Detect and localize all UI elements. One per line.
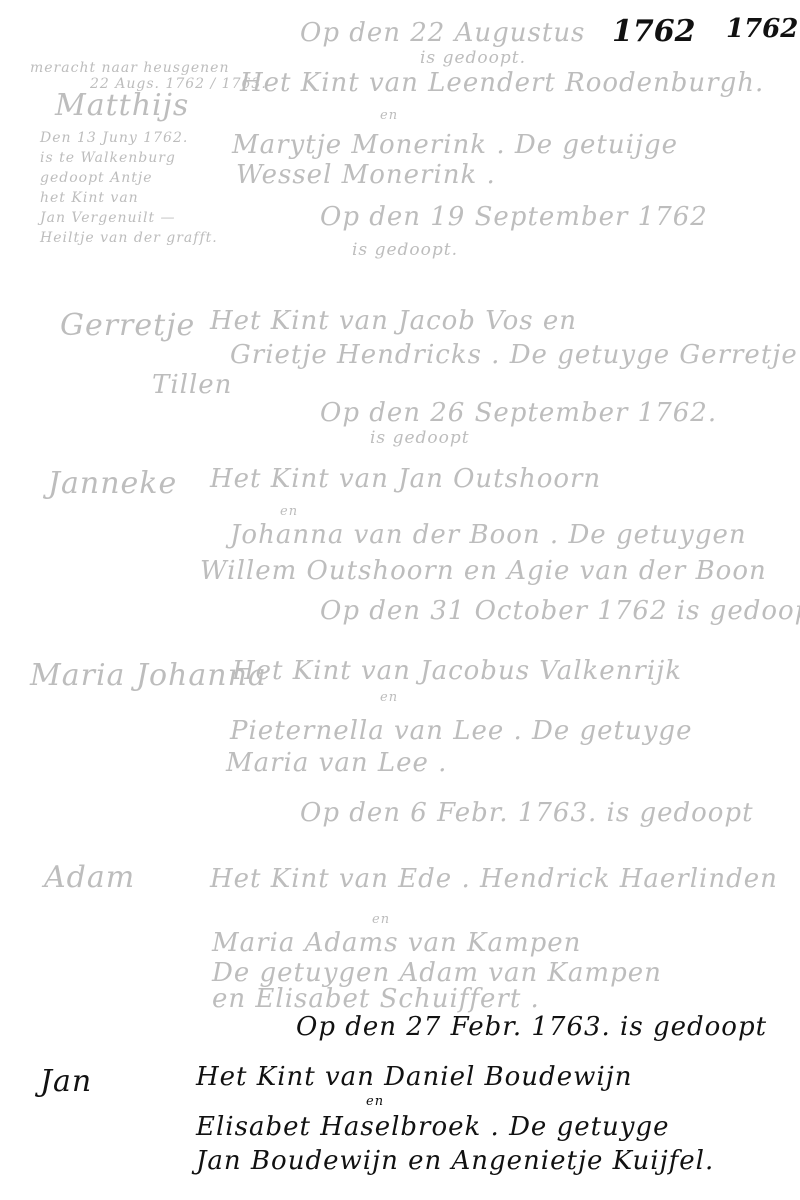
corner-year-left: 1762 xyxy=(612,14,696,49)
entry2-line-1: Het Kint van Jacob Vos en xyxy=(210,306,577,336)
entry6-date-line: Op den 27 Febr. 1763. is gedoopt xyxy=(296,1012,767,1042)
entry6-line-1: Het Kint van Daniel Boudewijn xyxy=(196,1062,632,1092)
side-note-line-3: gedoopt Antje xyxy=(40,170,152,186)
entry2-date-line: Op den 19 September 1762 xyxy=(320,202,708,232)
side-note-line-5: Jan Vergenuilt — xyxy=(40,210,176,226)
entry5-margin-name: Adam xyxy=(44,860,135,895)
entry1-line-en: en xyxy=(380,108,398,123)
side-note-line-4: het Kint van xyxy=(40,190,139,206)
entry5-date-line: Op den 6 Febr. 1763. is gedoopt xyxy=(300,798,754,828)
entry3-line-4: Willem Outshoorn en Agie van der Boon xyxy=(200,556,767,586)
entry1-line-1: Het Kint van Leendert Roodenburgh. xyxy=(240,68,764,98)
entry1-baptized: is gedoopt. xyxy=(420,48,526,68)
entry4-date-line: Op den 31 October 1762 is gedoopt xyxy=(320,596,800,626)
entry3-margin-name: Janneke xyxy=(48,466,177,501)
entry2-margin-name: Gerretje xyxy=(60,308,195,343)
entry3-line-3: Johanna van der Boon . De getuygen xyxy=(230,520,747,550)
entry4-line-en: en xyxy=(380,690,398,705)
side-note-line-6: Heiltje van der grafft. xyxy=(40,230,218,246)
entry1-margin-note: meracht naar heusgenen xyxy=(30,60,229,76)
entry1-margin-name: Matthijs xyxy=(55,88,189,123)
entry1-date-line: Op den 22 Augustus xyxy=(300,18,585,48)
register-page: 1762 1762. Op den 22 Augustus is gedoopt… xyxy=(0,0,800,1200)
entry3-baptized: is gedoopt xyxy=(370,428,470,448)
side-note-line-2: is te Walkenburg xyxy=(40,150,176,166)
entry4-line-4: Maria van Lee . xyxy=(226,748,447,778)
entry1-line-4: Wessel Monerink . xyxy=(236,160,496,190)
entry6-line-3: Elisabet Haselbroek . De getuyge xyxy=(196,1112,670,1142)
entry4-line-3: Pieternella van Lee . De getuyge xyxy=(230,716,692,746)
entry1-line-3: Marytje Monerink . De getuijge xyxy=(232,130,678,160)
entry5-line-3: Maria Adams van Kampen xyxy=(212,928,581,958)
entry5-line-en: en xyxy=(372,912,390,927)
entry4-line-1: Het Kint van Jacobus Valkenrijk xyxy=(232,656,682,686)
entry2-line-2: Grietje Hendricks . De getuyge Gerretje xyxy=(230,340,798,370)
entry5-line-5: en Elisabet Schuiffert . xyxy=(212,984,540,1014)
side-note-line-1: Den 13 Juny 1762. xyxy=(40,130,188,146)
entry3-line-en: en xyxy=(280,504,298,519)
corner-year-right: 1762. xyxy=(726,14,800,44)
entry2-baptized: is gedoopt. xyxy=(352,240,458,260)
entry6-line-en: en xyxy=(366,1094,384,1109)
entry2-line-3: Tillen xyxy=(152,370,232,400)
entry3-line-1: Het Kint van Jan Outshoorn xyxy=(210,464,601,494)
entry5-line-1: Het Kint van Ede . Hendrick Haerlinden xyxy=(210,864,778,894)
entry6-margin-name: Jan xyxy=(40,1064,92,1099)
entry3-date-line: Op den 26 September 1762. xyxy=(320,398,717,428)
entry6-line-4: Jan Boudewijn en Angenietje Kuijfel. xyxy=(196,1146,714,1176)
